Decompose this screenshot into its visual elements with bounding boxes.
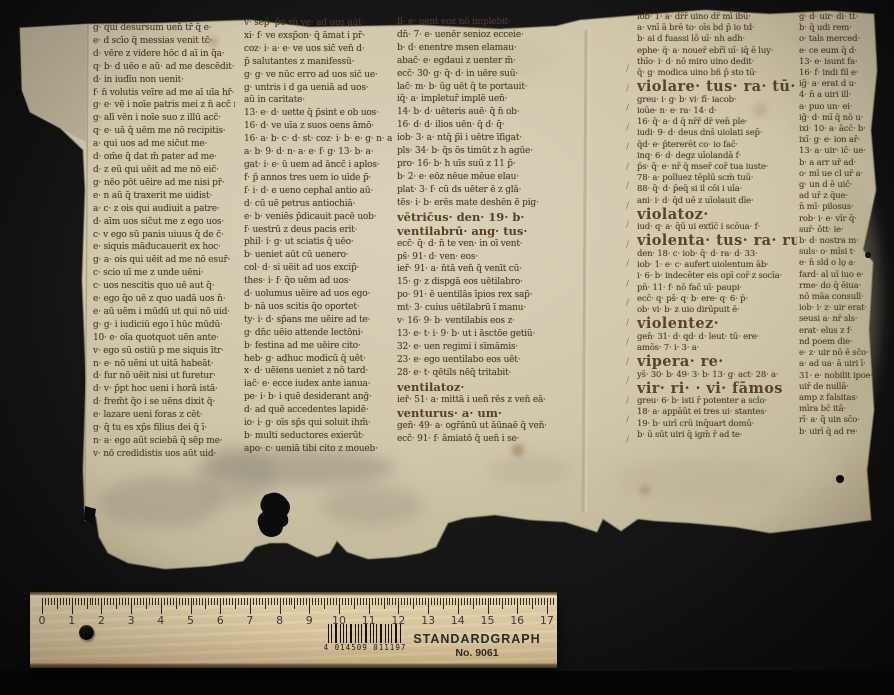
mm-tick	[446, 598, 447, 605]
mm-tick	[348, 598, 349, 605]
manuscript-headword: ventilatoz·	[397, 380, 565, 394]
manuscript-text-line: tēs· i· b· erēs mate deshēn ē pig·	[397, 197, 565, 210]
mm-tick	[158, 598, 159, 605]
manuscript-text-line: ob̄· vi· b· z uio dirūpuit̄ ē·	[637, 305, 797, 316]
manuscript-text-line: 15· g· z dispgā eos uētilabro·	[397, 276, 565, 289]
mm-tick	[152, 598, 153, 605]
manuscript-text-line: b· d· nostra m·	[799, 236, 878, 247]
mm-tick	[170, 598, 171, 605]
manuscript-text-line: thes· i· f· q̄o uēm ad uos·	[244, 275, 392, 288]
mm-tick	[300, 598, 301, 605]
manuscript-text-line: gat̄· i· e· ū uem ad āncc̄ i apl̄os·	[244, 159, 392, 172]
manuscript-text-line: pl̄at· 3· f· cū ds uēter ē z glā·	[397, 184, 565, 197]
manuscript-text-line: p̄s· q̄· e· nr̄ q̄ mser̄ cor̄ tua iuste·	[637, 162, 797, 173]
mm-tick	[366, 598, 367, 605]
rubric-mark: ∕	[626, 80, 629, 100]
mm-tick	[63, 598, 64, 605]
cm-tick	[250, 598, 251, 614]
mm-tick	[479, 598, 480, 605]
mm-tick	[226, 598, 227, 605]
mm-tick	[523, 598, 524, 605]
manuscript-text-line: f· i· d· e ueno cephal antio aū·	[244, 185, 392, 198]
manuscript-text-line: i· 6· b· indecēter eis opī cor̄ z socīa·	[637, 271, 797, 282]
mm-tick	[413, 598, 414, 609]
text-column-2: v· sep̄· p̄o sū ve· ad uos aūt·xi· f· ve…	[244, 17, 392, 456]
mm-tick	[425, 598, 426, 605]
manuscript-text-line: 10· e· oīa quotquot uēn ante·	[93, 332, 235, 345]
manuscript-headword: violare· tus· ra· tū·	[637, 79, 797, 95]
ruler-hanging-hole	[79, 625, 94, 640]
mm-tick	[81, 598, 82, 605]
manuscript-text-line: b· ueniet aūt cū uenero·	[244, 249, 392, 262]
mm-tick	[303, 598, 304, 605]
manuscript-text-line: amōs· 7· i· 3· a·	[637, 343, 797, 354]
manuscript-text-line: ier̄· 51· a· mittā i ueñ rēs z ven̄ eā·	[397, 394, 565, 407]
manuscript-text-line: 14· b· d· uēteris auē· q̄ n̄ ob·	[397, 106, 565, 119]
text-column-3: fi· e· uent̄ eoz nō implebit̄·dn̄· 7· e·…	[397, 16, 565, 446]
manuscript-text-line: g· qui desursum uen̄ tr̄ q̄ e·	[93, 22, 235, 35]
mm-tick	[431, 598, 432, 605]
manuscript-text-line: ixi· 10· a· ācc̄· b·	[799, 124, 878, 135]
mm-tick	[482, 598, 483, 605]
mm-tick	[78, 598, 79, 605]
manuscript-headword: venturus· a· um·	[397, 406, 565, 420]
manuscript-text-line: e· n aū q̄ traxerit me uidist·	[93, 190, 235, 203]
manuscript-text-line: rob· i· e· vīr q̄·	[799, 214, 878, 225]
mm-tick	[265, 598, 266, 609]
ruler-cm-number: 0	[39, 614, 46, 627]
manuscript-text-line: iudi· 9· d· deus dns̄ uiolati sep̄·	[637, 128, 797, 139]
manuscript-text-line: col· d· si uēit ad uos excip̄·	[244, 262, 392, 275]
manuscript-text-line: e· lazare ueni foras z cēt·	[93, 409, 235, 422]
mm-tick	[499, 598, 500, 605]
ruler-cm-number: 8	[276, 614, 283, 627]
mm-tick	[247, 598, 248, 605]
manuscript-text-line: a· vnī ā brē to· oīs bd̄ p̄ io td·	[637, 23, 797, 34]
manuscript-text-line: c· v ego sū panis uiuus q̄ de c̄·	[93, 229, 235, 242]
rubric-mark: ∕	[626, 275, 629, 295]
manuscript-text-line: iud̄· q· a· q̄ū ui extīc̄ i scōua· f·	[637, 222, 797, 233]
manuscript-text-line: g· untris i d ga ueniā ad uos·	[244, 82, 392, 95]
mm-tick	[125, 598, 126, 605]
mm-tick	[437, 598, 438, 605]
mm-tick	[253, 598, 254, 605]
manuscript-text-line: 13· e· t· i· 9· b· ut i āsctōe getiū·	[397, 328, 565, 341]
cm-tick	[339, 598, 340, 614]
manuscript-text-line: g· alī vēn i noīe suo z illū acc̄·	[93, 112, 235, 125]
mm-tick	[66, 598, 67, 605]
manuscript-text-line: d· z eū qui uēit ad me nō eic̄·	[93, 164, 235, 177]
mm-tick	[116, 598, 117, 609]
manuscript-text-line: uir̄ de nullā·	[799, 382, 878, 393]
manuscript-text-line: ad̄ ur̄ z q̄ue·	[799, 191, 878, 202]
ruler-cm-number: 5	[187, 614, 194, 627]
manuscript-text-line: g· g· i iudiciū ego ī hūc mūdū·	[93, 319, 235, 332]
mm-tick	[193, 598, 194, 605]
mm-tick	[244, 598, 245, 605]
ruler-bottom-edge	[30, 663, 557, 668]
manuscript-text-line: q· b· d uēo e aū· ad me descēdit·	[93, 61, 235, 74]
ruler-cm-number: 2	[98, 614, 105, 627]
manuscript-text-line: e· siquis māducauerit ex hoc·	[93, 241, 235, 254]
mm-tick	[392, 598, 393, 605]
manuscript-text-line: v· sep̄· p̄o sū ve· ad uos aūt·	[244, 17, 392, 30]
manuscript-text-line: g· e· vē i noīe patris mei z n̄ acc̄ me·	[93, 99, 235, 112]
rubric-mark: ∕	[626, 353, 629, 373]
mm-tick	[107, 598, 108, 605]
mm-tick	[520, 598, 521, 605]
manuscript-text-line: x· d· uēiens ueniet z nō tard·	[244, 365, 392, 378]
mm-tick	[140, 598, 141, 605]
manuscript-text-line: mīra bc̄ itā·	[799, 404, 878, 415]
barcode: 4 014509 011197	[322, 624, 408, 654]
ruler-cm-number: 17	[540, 614, 554, 627]
manuscript-text-line: g· a· ois qui uēit ad me nō esur̄·	[93, 254, 235, 267]
mm-tick	[419, 598, 420, 605]
manuscript-text-line: iob· i· z· uir erat·	[799, 303, 878, 314]
manuscript-text-line: 16· f· indi fil̄ e·	[799, 68, 878, 79]
mm-tick	[208, 598, 209, 605]
manuscript-text-line: g· nēo pōt uēire ad me nisi pr̄·	[93, 177, 235, 190]
manuscript-text-line: e· z· uir nō ē sc̄o·	[799, 348, 878, 359]
mm-tick	[496, 598, 497, 605]
manuscript-text-line: nd̄ poem die·	[799, 337, 878, 348]
cm-tick	[191, 598, 192, 614]
text-column-4: iob· 1· a· dr̄r̄ uino dr̄ mī ibū·a· vnī …	[637, 12, 797, 441]
manuscript-text-line: seusi a· nr̄ sl̄s·	[799, 314, 878, 325]
rubric-mark: ∕	[626, 197, 629, 217]
cm-tick	[72, 598, 73, 614]
manuscript-text-line: o· tal̄s merced·	[799, 34, 878, 45]
rubric-mark: ∕	[626, 392, 629, 412]
manuscript-text-line: g· d̄· uir· di· tt·	[799, 12, 878, 23]
ruler-cm-number: 6	[217, 614, 224, 627]
manuscript-text-line: f· p̄ annos tres uem io uīde p̄·	[244, 172, 392, 185]
mm-tick	[146, 598, 147, 609]
mm-tick	[357, 598, 358, 605]
mm-tick	[69, 598, 70, 605]
ruler-brand: STANDARDGRAPH	[402, 632, 552, 646]
ruler-cm-number: 14	[451, 614, 465, 627]
mm-tick	[84, 598, 85, 605]
manuscript-text-line: a· b· 9· d· n· a· e· f· g· 13· b· a·	[244, 146, 392, 159]
manuscript-text-line: e· n̄ sld o lo̱ a·	[799, 258, 878, 269]
ruler-cm-number: 9	[306, 614, 313, 627]
manuscript-text-line: rme· do q̄ ēiua·	[799, 281, 878, 292]
manuscript-text-line: b· q̄ udi rem·	[799, 23, 878, 34]
rubric-mark: ∕	[626, 177, 629, 197]
mm-tick	[473, 598, 474, 609]
cm-tick	[369, 598, 370, 614]
manuscript-text-line: n· a· ego aūt sciebā q̄ sēp me·	[93, 435, 235, 448]
manuscript-text-line: q· e· uā q̄ uēm me nō recipitis·	[93, 125, 235, 138]
manuscript-text-line: greu· 6· b· isti r̄ potenter a scl̄o·	[637, 396, 797, 407]
manuscript-text-line: ys̄· 30· b· 49· 3· b· 13· g· act̄· 28· a…	[637, 370, 797, 381]
mm-tick	[485, 598, 486, 605]
photograph: g· qui desursum uen̄ tr̄ q̄ e·e· d scīo …	[0, 0, 894, 695]
mm-tick	[553, 598, 554, 605]
manuscript-text-line: 23· e· ego uentilabo eos uēt·	[397, 354, 565, 367]
mm-tick	[45, 598, 46, 605]
mm-tick	[196, 598, 197, 605]
manuscript-text-line: o· mī ue cl̄ ur̄ a·	[799, 169, 878, 180]
mm-tick	[312, 598, 313, 605]
manuscript-text-line: e· ego q̄o uē z quo uadā uos n̄·	[93, 293, 235, 306]
mm-tick	[104, 598, 105, 605]
cm-tick	[488, 598, 489, 614]
manuscript-text-line: sur̄· ōtt· ie·	[799, 225, 878, 236]
mm-tick	[455, 598, 456, 605]
mm-tick	[464, 598, 465, 605]
manuscript-text-line: ecc̄· q̄· d· n̄ te ven· in oī vent̄·	[397, 238, 565, 251]
mm-tick	[315, 598, 316, 605]
rubric-mark: ∕	[626, 255, 629, 275]
manuscript-text-line: po· 91· ē uentilās īpios rex sap̄·	[397, 289, 565, 302]
manuscript-text-line: gen̄· 49· a· ogr̄ānū ut āūnaē q̄ ven̄·	[397, 420, 565, 433]
mm-tick	[274, 598, 275, 605]
mm-tick	[229, 598, 230, 605]
manuscript-text-line: rī· a· q̄ uin sc̄o·	[799, 415, 878, 426]
manuscript-text-line: b· multi seductores exierūt·	[244, 430, 392, 443]
mm-tick	[294, 598, 295, 609]
manuscript-text-line: g· q̄ tu es xp̄s filius dei q̄ ī·	[93, 422, 235, 435]
manuscript-text-line: ani· i· d· q̄d̄ uē z uīolauit dīe·	[637, 196, 797, 207]
manuscript-text-line: io· i· g· oīs sp̄s qui soluit ihm̄·	[244, 417, 392, 430]
manuscript-text-line: n̄ mī· pilosus·	[799, 202, 878, 213]
manuscript-text-line: nō māa consull·	[799, 292, 878, 303]
manuscript-text-line: v· 16· 9· b· ventilabis eos z·	[397, 315, 565, 328]
text-column-1: g· qui desursum uen̄ tr̄ q̄ e·e· d scīo …	[93, 22, 235, 461]
mm-tick	[87, 598, 88, 609]
manuscript-text-line: d· cū uē petrus antiochiā·	[244, 198, 392, 211]
ruler-top-edge	[30, 592, 557, 596]
manuscript-text-line: 13· e· d· uette q̄ p̄sint e ob uos·	[244, 107, 392, 120]
mm-tick	[541, 598, 542, 605]
manuscript-text-line: ecc̄· q· ps̄· q· b· ere· q· 6· p̄·	[637, 294, 797, 305]
manuscript-text-line: pn̄· 11· f· nō fac̄ uī· paupi·	[637, 283, 797, 294]
mm-tick	[149, 598, 150, 605]
cm-tick	[428, 598, 429, 614]
mm-tick	[182, 598, 183, 605]
rubric-mark: ∕	[626, 60, 629, 80]
mm-tick	[324, 598, 325, 609]
rubric-mark: ∕	[626, 236, 629, 256]
manuscript-text-line: apo· c· ueniā tibi cito z moueb·	[244, 443, 392, 456]
manuscript-text-line: 88· q̄· d· p̄eq̄ si il̄ cōi i uīa·	[637, 184, 797, 195]
mm-tick	[505, 598, 506, 605]
manuscript-text-line: b· ai d̄ fuassi lō uī· nh̄ adh̄·	[637, 34, 797, 45]
mm-tick	[387, 598, 388, 605]
mm-tick	[173, 598, 174, 605]
manuscript-text-line: v· nō credidistis uos aūt uid·	[93, 448, 235, 461]
mm-tick	[256, 598, 257, 605]
mm-tick	[404, 598, 405, 605]
manuscript-text-line: e· aū uēm i mūdū ut qui nō uid·	[93, 306, 235, 319]
mm-tick	[128, 598, 129, 605]
ruler-cm-number: 13	[421, 614, 435, 627]
manuscript-text-line: g· g· ve nūc erro ad uos sic̄ ue·	[244, 69, 392, 82]
manuscript-text-line: 13· a· uir· ic̄· ue·	[799, 146, 878, 157]
manuscript-text-line: f· uestrū z deus pacis erit·	[244, 224, 392, 237]
cm-tick	[220, 598, 221, 614]
mm-tick	[271, 598, 272, 605]
mm-tick	[122, 598, 123, 605]
mm-tick	[217, 598, 218, 605]
mm-tick	[514, 598, 515, 605]
mm-tick	[238, 598, 239, 605]
mm-tick	[384, 598, 385, 609]
mm-tick	[199, 598, 200, 605]
mm-tick	[410, 598, 411, 605]
manuscript-text-line: a· qui uos ad me sic̄ut me·	[93, 138, 235, 151]
mm-tick	[461, 598, 462, 605]
manuscript-text-line: b· ū sūt uiri q̄ igm̄ r̄ ad te·	[637, 430, 797, 441]
mm-tick	[372, 598, 373, 605]
manuscript-text-line: d· uolumus uēire ad uos ego·	[244, 288, 392, 301]
manuscript-text-line: q̄· g· modica uino bñ p̄ sto tū·	[637, 68, 797, 79]
manuscript-headword: violatoz·	[637, 207, 797, 223]
mm-tick	[291, 598, 292, 605]
mm-tick	[378, 598, 379, 605]
manuscript-text-line: aū in caritate·	[244, 94, 392, 107]
manuscript-text-line: d· om̄e q̄ dat m̄ pater ad me·	[93, 151, 235, 164]
manuscript-text-line: 16· q̄· a· d̄ q̄ nr̄r̄ dr̄ ven̄ pl̄e·	[637, 117, 797, 128]
manuscript-headword: ventilabrū· ang· tus·	[397, 224, 565, 238]
mm-tick	[137, 598, 138, 605]
mm-tick	[95, 598, 96, 605]
manuscript-text-line: phil· i· g· ut sciatis q̄ uēo·	[244, 236, 392, 249]
mm-tick	[289, 598, 290, 605]
mm-tick	[544, 598, 545, 605]
mm-tick	[381, 598, 382, 605]
mm-tick	[211, 598, 212, 605]
mm-tick	[75, 598, 76, 605]
manuscript-text-line: d· vēre z videre hōc d aī in q̄a·	[93, 48, 235, 61]
mm-tick	[54, 598, 55, 605]
manuscript-text-line: d· aīm uos sic̄ut me z ego uos·	[93, 216, 235, 229]
mm-tick	[363, 598, 364, 605]
mm-tick	[511, 598, 512, 605]
mm-tick	[155, 598, 156, 605]
mm-tick	[205, 598, 206, 609]
mm-tick	[532, 598, 533, 609]
manuscript-text-line: fard· al̄ uī iuo e·	[799, 270, 878, 281]
mm-tick	[202, 598, 203, 605]
mm-tick	[535, 598, 536, 605]
mm-tick	[60, 598, 61, 605]
mm-tick	[345, 598, 346, 605]
manuscript-text-line: abac̄· e· egdaui z uenter m̄·	[397, 55, 565, 68]
mm-tick	[502, 598, 503, 609]
manuscript-text-line: 16· d· ve uīa z suos oens āmō·	[244, 120, 392, 133]
manuscript-text-line: e· d scīo q̄ messias venit tc̄·	[93, 35, 235, 48]
mm-tick	[90, 598, 91, 605]
mm-tick	[306, 598, 307, 605]
manuscript-text-line: q̄d· e· p̄tererēt co· io fac̄·	[637, 140, 797, 151]
manuscript-text-line: 32· e· uen regimi i sīmāmis·	[397, 341, 565, 354]
ruler-model: No. 9061	[402, 647, 552, 659]
mm-tick	[467, 598, 468, 605]
mm-tick	[110, 598, 111, 605]
mm-tick	[321, 598, 322, 605]
ruler-cm-number: 1	[68, 614, 75, 627]
rubric-mark: ∕	[626, 119, 629, 139]
manuscript-text-line: d· v· p̄pt hoc ueni i horā istā·	[93, 383, 235, 396]
manuscript-text-line: den· 18· c· iob· q̄· d· ra· d· 33·	[637, 249, 797, 260]
mm-tick	[354, 598, 355, 609]
mm-tick	[443, 598, 444, 609]
mm-tick	[164, 598, 165, 605]
mm-tick	[351, 598, 352, 605]
ruler-cm-number: 3	[128, 614, 135, 627]
text-column-5: g· d̄· uir· di· tt·b· q̄ udi rem·o· tal̄…	[799, 12, 878, 438]
manuscript-text-line: fi· e· uent̄ eoz nō implebit̄·	[397, 16, 565, 29]
rubric-mark: ∕	[626, 158, 629, 178]
manuscript-text-line: 78· a· polluez tēplū scm̄ tuū·	[637, 173, 797, 184]
rubric-mark: ∕	[626, 372, 629, 392]
mm-tick	[283, 598, 284, 605]
manuscript-text-line: f· n̄ volutis veīre ad me aī uīa hr̄·	[93, 87, 235, 100]
manuscript-text-line: 16· a· b· c· d· st̄· coz· i· b· e· g· n·…	[244, 133, 392, 146]
mm-tick	[113, 598, 114, 605]
mm-tick	[401, 598, 402, 605]
manuscript-text-line: pro· 16· b· h̄ uīs suū z 11 p̄·	[397, 158, 565, 171]
mm-tick	[476, 598, 477, 605]
manuscript-text-line: iḡ· a· erat d̄ u·	[799, 79, 878, 90]
manuscript-text-line: iḡ· d· mī q̄ nō u·	[799, 113, 878, 124]
mm-tick	[416, 598, 417, 605]
left-margin-fold	[20, 24, 88, 142]
cm-tick	[547, 598, 548, 614]
manuscript-text-line: a· c· z ois qui audiuit a patre·	[93, 203, 235, 216]
mm-tick	[185, 598, 186, 605]
manuscript-text-line: p̄ salutantes z manifessū·	[244, 56, 392, 69]
manuscript-text-line: heb· g· adhuc modicū q̄ uēt·	[244, 353, 392, 366]
rubric-mark: ∕	[626, 431, 629, 451]
manuscript-text-line: g· dn̄c uēio attende lectōni·	[244, 327, 392, 340]
mm-tick	[389, 598, 390, 605]
mm-tick	[57, 598, 58, 609]
manuscript-text-line: iob· 1· e· c· aufert̄ uiolentum āb̄·	[637, 260, 797, 271]
mm-tick	[529, 598, 530, 605]
mm-tick	[259, 598, 260, 605]
manuscript-text-line: mt̄· 3· cuius uētilabrū ī manu·	[397, 302, 565, 315]
mm-tick	[98, 598, 99, 605]
mm-tick	[526, 598, 527, 605]
manuscript-text-line: b· festina ad me uēire cito·	[244, 340, 392, 353]
barcode-digits: 4 014509 011197	[322, 643, 408, 652]
cm-tick	[458, 598, 459, 614]
mm-tick	[440, 598, 441, 605]
mm-tick	[48, 598, 49, 605]
manuscript-text-line: ecc̄· 91· f· āmiatō q̄ uen̄ i se·	[397, 433, 565, 446]
mm-tick	[176, 598, 177, 609]
mm-tick	[360, 598, 361, 605]
manuscript-text-line: erat· elus z f·	[799, 326, 878, 337]
mm-tick	[336, 598, 337, 605]
mm-tick	[395, 598, 396, 605]
manuscript-text-line: b· d· enentre msen elamau·	[397, 42, 565, 55]
manuscript-text-line: n· e· nō uēni ut uitā habeāt·	[93, 358, 235, 371]
manuscript-text-line: xi· f· ve exsp̄on· q̄ āmat i pr̄·	[244, 30, 392, 43]
mm-tick	[214, 598, 215, 605]
manuscript-text-line: c· scio uī me z unde uēni·	[93, 267, 235, 280]
manuscript-text-line: amp z falsitas·	[799, 393, 878, 404]
mm-tick	[327, 598, 328, 605]
ruler-brand-block: STANDARDGRAPH No. 9061	[402, 632, 552, 659]
manuscript-text-line: greu· i· g· b· vi· fī· iacob·	[637, 95, 797, 106]
manuscript-text-line: 19· b· uirī crū inq̄uart domū·	[637, 419, 797, 430]
